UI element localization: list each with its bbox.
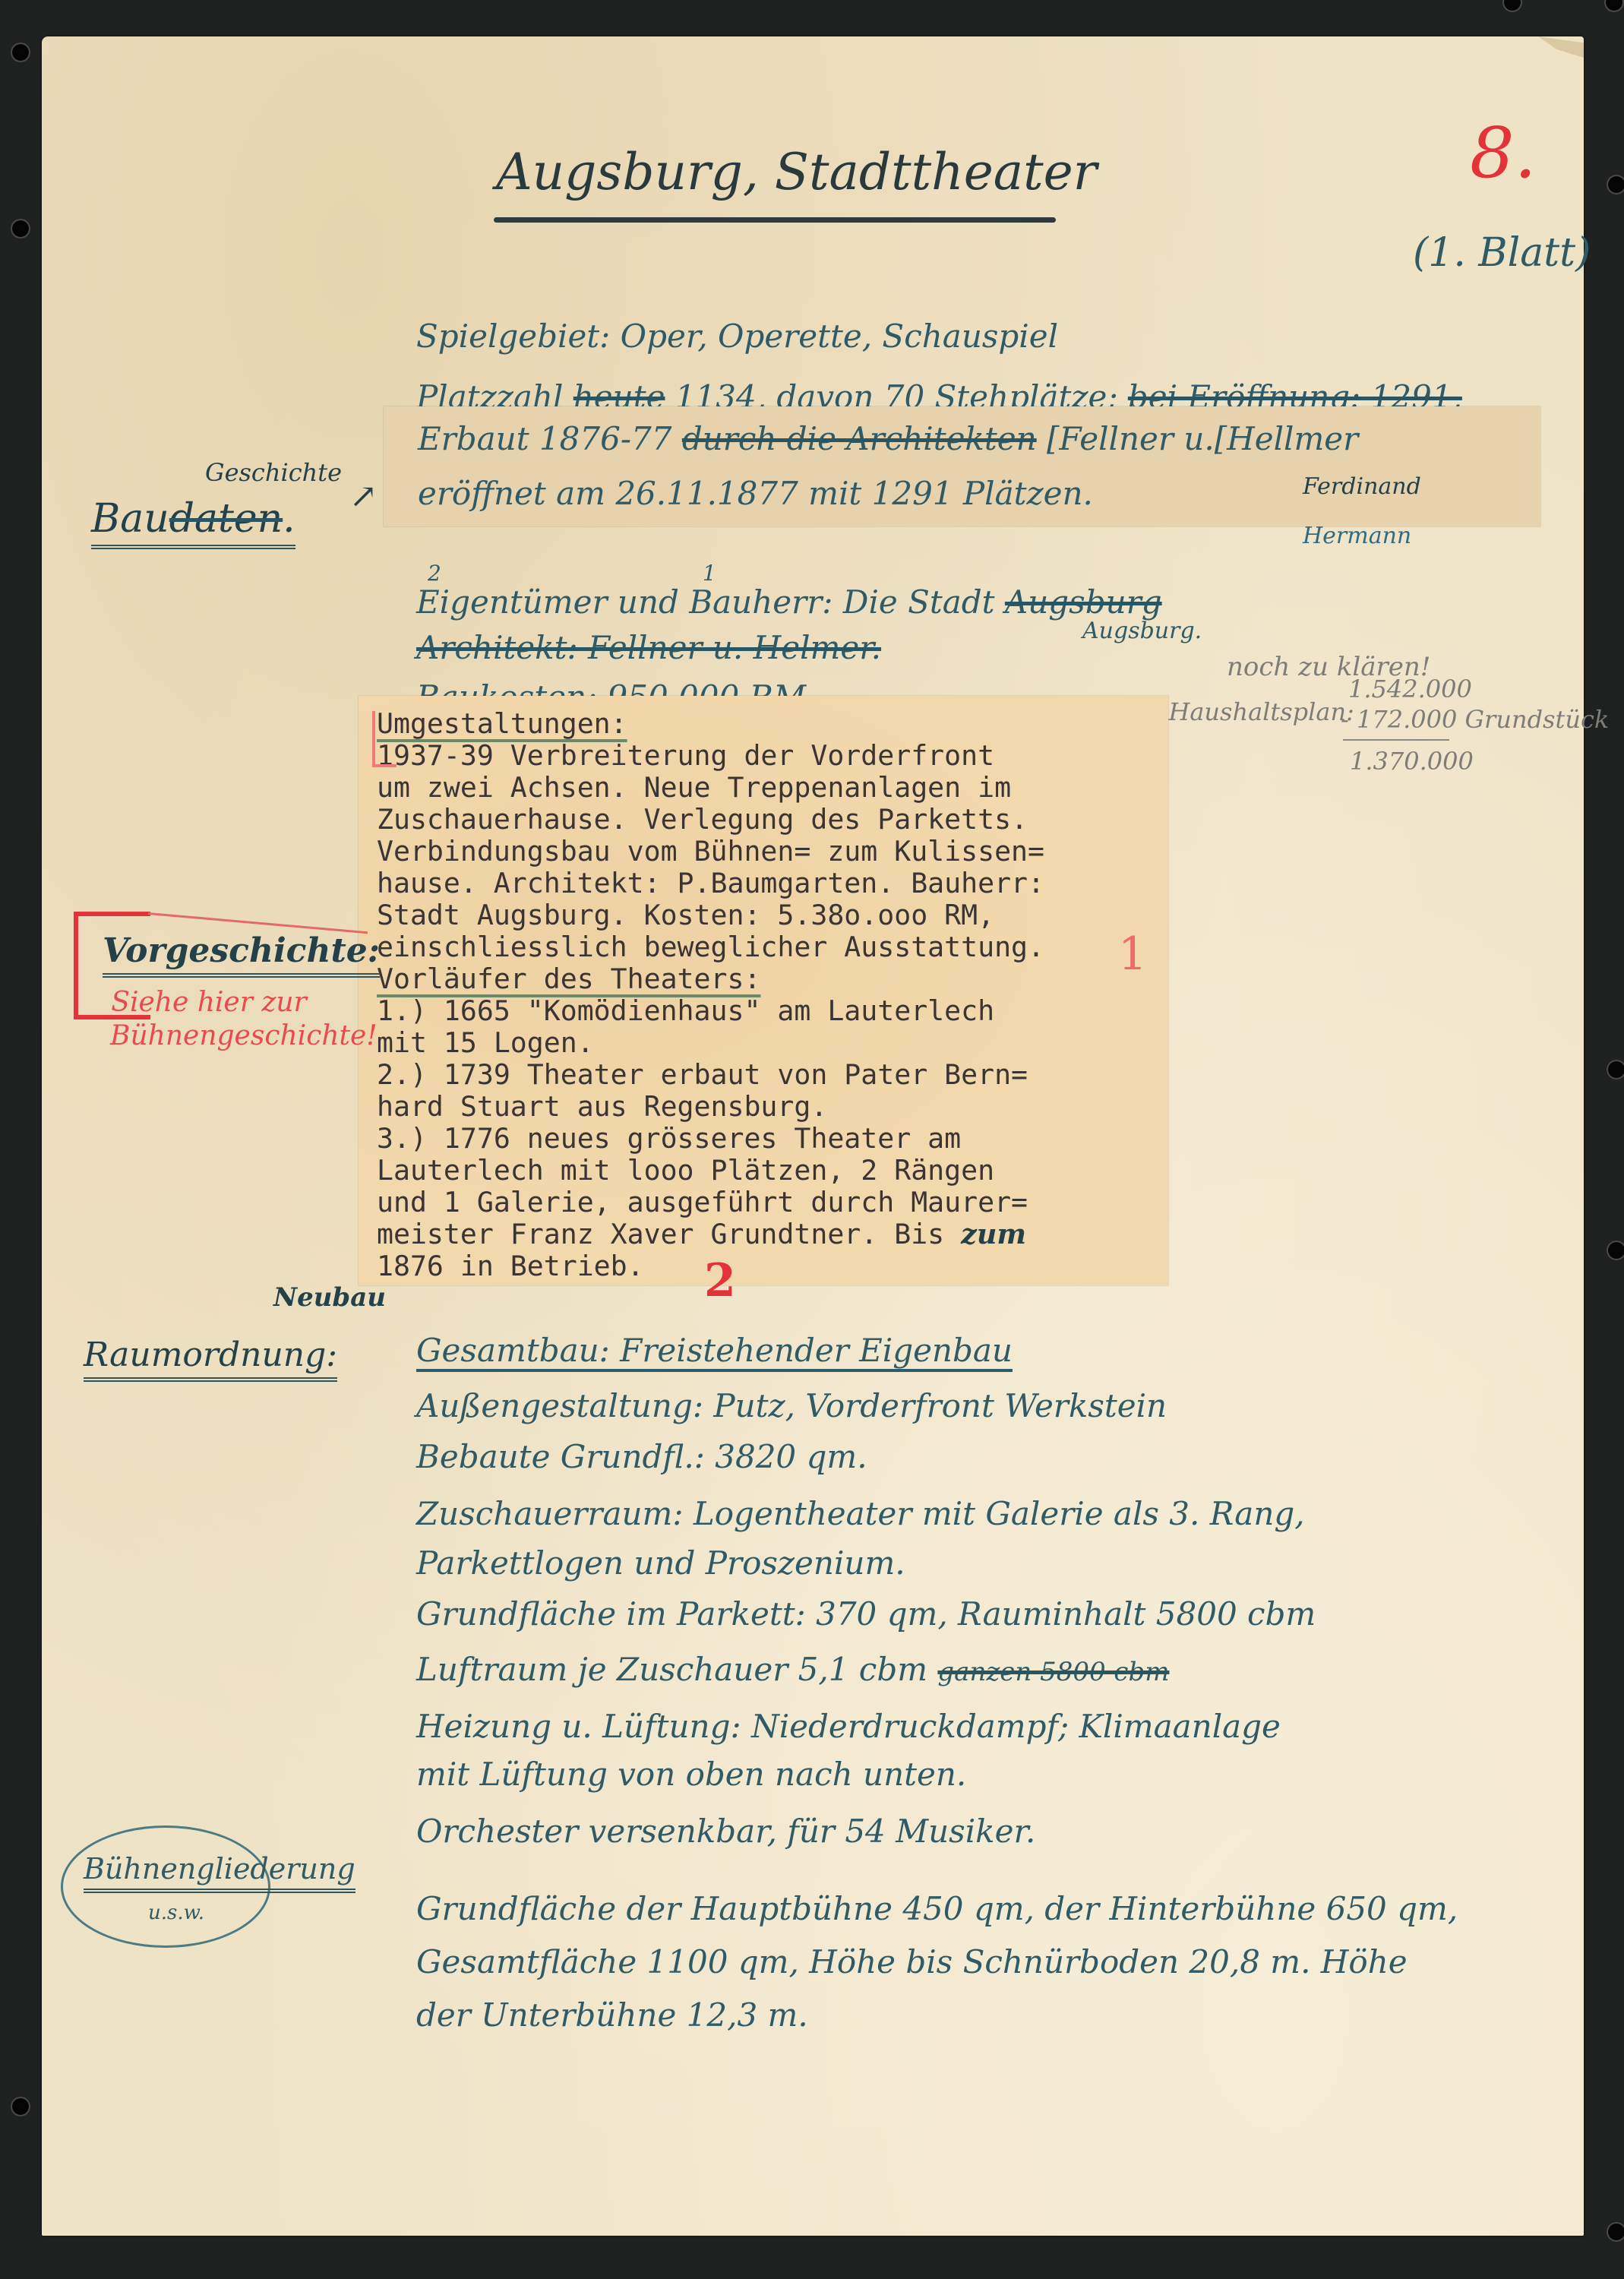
typed-clipping: Umgestaltungen: 1937-39 Verbreiterung de…: [359, 696, 1168, 1285]
raumordnung-line: Orchester versenkbar, für 54 Musiker.: [416, 1813, 1035, 1850]
strip-architect-names: [Fellner u.[Hellmer: [1047, 420, 1358, 457]
clipping-line: hard Stuart aus Regensburg.: [377, 1090, 827, 1123]
arrow-icon: ↗: [349, 477, 378, 516]
binder-hole: [1607, 175, 1624, 194]
clipping-text: Umgestaltungen: 1937-39 Verbreiterung de…: [377, 708, 1044, 1282]
margin-red-note: Siehe hier zur Bühnengeschichte!: [110, 986, 308, 1053]
raumordnung-line: Zuschauerraum: Logentheater mit Galerie …: [416, 1495, 1305, 1532]
raumordnung-luftraum-line: Luftraum je Zuschauer 5,1 cbm ganzen 580…: [416, 1651, 1169, 1688]
architekt-struck: Architekt: Fellner u. Helmer.: [416, 629, 881, 666]
pencil-note-haushalt: lt. Haushaltsplan:: [1136, 697, 1354, 726]
pencil-value-1: 1.542.000: [1348, 675, 1472, 703]
buehne-line: Gesamtfläche 1100 qm, Höhe bis Schnürbod…: [416, 1943, 1408, 1980]
sheet-label: (1. Blatt): [1413, 230, 1591, 276]
binder-hole: [1604, 0, 1624, 12]
clipping-line: einschliesslich beweglicher Ausstattung.: [377, 931, 1044, 963]
owner-insert: Augsburg.: [1082, 618, 1202, 644]
raumordnung-line: Grundfläche im Parkett: 370 qm, Rauminha…: [416, 1595, 1316, 1633]
clipping-line: 1.) 1665 "Komödienhaus" am Lauterlech: [377, 994, 994, 1027]
binder-hole: [1607, 1060, 1624, 1079]
clipping-line: mit 15 Logen.: [377, 1026, 594, 1059]
pencil-total: 1.370.000: [1350, 747, 1474, 776]
document-sheet: Augsburg, Stadttheater 8. (1. Blatt) Spi…: [42, 36, 1584, 2236]
pencil-sum-rule: [1343, 739, 1449, 741]
strip-line-1: Erbaut 1876-77 durch die Architekten [Fe…: [418, 420, 1358, 457]
pencil-grundstueck-label: Grundstück: [1464, 705, 1609, 734]
pencil-value-2: - 172.000 Grundstück: [1341, 705, 1609, 734]
title-underline: [494, 217, 1056, 223]
clipping-line: Zuschauerhause. Verlegung des Parketts.: [377, 803, 1028, 836]
clipping-line: 2.) 1739 Theater erbaut von Pater Bern=: [377, 1058, 1028, 1091]
margin-label-vorgeschichte: Vorgeschichte:: [103, 931, 380, 978]
owner-struck: Augsburg: [1005, 583, 1162, 621]
red-mark-1: 1: [1118, 928, 1147, 981]
red-mark-2: 2: [704, 1254, 736, 1307]
clipping-line: 1937-39 Verbreiterung der Vorderfront: [377, 739, 994, 772]
folded-corner: [1538, 36, 1584, 58]
strip-eroeffnet: eröffnet am 26.11.1877 mit 1291 Plätzen.: [418, 475, 1093, 512]
owner-superscript-2: 2: [428, 561, 441, 586]
strip-line-2: eröffnet am 26.11.1877 mit 1291 Plätzen.: [418, 475, 1093, 512]
owner-text: Eigentümer und Bauherr: Die Stadt: [416, 583, 995, 621]
raumordnung-line: Bebaute Grundfl.: 3820 qm.: [416, 1438, 867, 1475]
clipping-line: Lauterlech mit looo Plätzen, 2 Rängen: [377, 1154, 994, 1187]
note-hermann: Hermann: [1303, 523, 1411, 549]
margin-neubau-note: Neubau: [273, 1282, 386, 1313]
buehne-line: Grundfläche der Hauptbühne 450 qm, der H…: [416, 1890, 1458, 1927]
owner-line: Eigentümer und Bauherr: Die Stadt Augsbu…: [416, 583, 1162, 621]
pasted-strip: Erbaut 1876-77 durch die Architekten [Fe…: [384, 406, 1540, 526]
binder-hole: [1607, 1241, 1624, 1260]
raumordnung-line: Heizung u. Lüftung: Niederdruckdampf; Kl…: [416, 1708, 1281, 1745]
binder-hole: [1502, 0, 1522, 12]
margin-label-raumordnung: Raumordnung:: [84, 1335, 337, 1382]
luftraum-struck: ganzen 5800 cbm: [937, 1657, 1169, 1687]
clipping-line: 1876 in Betrieb.: [377, 1250, 644, 1282]
owner-superscript-1: 1: [703, 561, 716, 586]
page-title: Augsburg, Stadttheater: [496, 143, 1097, 201]
strip-struck-architekten: durch die Architekten: [682, 420, 1037, 457]
raumordnung-line: Außengestaltung: Putz, Vorderfront Werks…: [416, 1387, 1167, 1424]
clipping-handwritten-zum: zum: [961, 1218, 1026, 1250]
clipping-heading-umgestaltungen: Umgestaltungen:: [377, 707, 627, 740]
clipping-line: und 1 Galerie, ausgeführt durch Maurer=: [377, 1186, 1028, 1219]
sheet-number: 8.: [1470, 112, 1537, 194]
margin-struck-daten: daten: [169, 496, 283, 542]
raumordnung-line: mit Lüftung von oben nach unten.: [416, 1756, 966, 1793]
clipping-line: hause. Architekt: P.Baumgarten. Bauherr:: [377, 867, 1044, 899]
binder-hole: [11, 2097, 30, 2116]
red-corner-mark: [372, 711, 397, 767]
clipping-line: 3.) 1776 neues grösseres Theater am: [377, 1122, 961, 1155]
margin-label-baugeschichte: Baudaten.: [91, 496, 295, 549]
clipping-line: um zwei Achsen. Neue Treppenanlagen im: [377, 771, 1011, 804]
margin-label-buehnengliederung-sub: u.s.w.: [148, 1901, 204, 1924]
buehne-line: der Unterbühne 12,3 m.: [416, 1996, 808, 2034]
binder-hole: [1607, 2222, 1624, 2242]
margin-geschichte-insert: Geschichte: [205, 458, 342, 487]
binder-hole: [11, 219, 30, 239]
strip-erbaut: Erbaut 1876-77: [418, 420, 671, 457]
clipping-line: meister Franz Xaver Grundtner. Bis: [377, 1218, 944, 1250]
raumordnung-line: Parkettlogen und Proszenium.: [416, 1544, 905, 1582]
spielgebiet-line: Spielgebiet: Oper, Operette, Schauspiel: [416, 318, 1058, 355]
clipping-line: Verbindungsbau vom Bühnen= zum Kulissen=: [377, 835, 1044, 868]
margin-label-buehnengliederung: Bühnengliederung: [84, 1852, 355, 1893]
raumordnung-line: Gesamtbau: Freistehender Eigenbau: [416, 1332, 1013, 1369]
binder-hole: [11, 43, 30, 62]
clipping-heading-vorlaeufer: Vorläufer des Theaters:: [377, 962, 760, 995]
note-ferdinand: Ferdinand: [1303, 473, 1421, 500]
spielgebiet-text: Spielgebiet: Oper, Operette, Schauspiel: [416, 318, 1058, 355]
clipping-line: Stadt Augsburg. Kosten: 5.38o.ooo RM,: [377, 899, 994, 931]
